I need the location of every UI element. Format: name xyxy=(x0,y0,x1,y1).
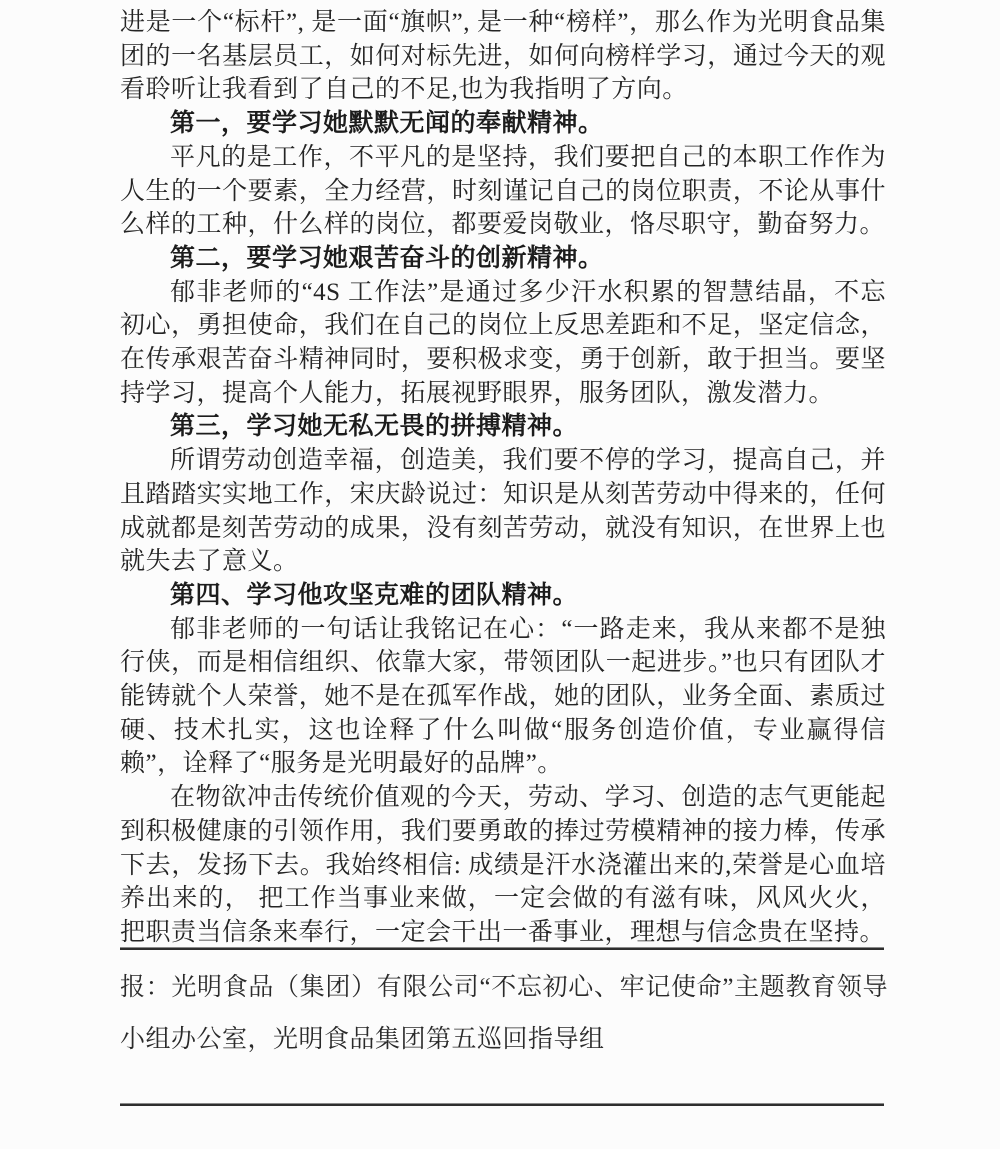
body-paragraph: 郁非老师的一句话让我铭记在心：“一路走来，我从来都不是独行侠，而是相信组织、依靠… xyxy=(120,613,886,782)
document-page: 进是一个“标杆”, 是一面“旗帜”, 是一种“榜样”，那么作为光明食品集团的一名… xyxy=(0,0,1000,1149)
body-paragraph: 在物欲冲击传统价值观的今天，劳动、学习、创造的志气更能起到积极健康的引领作用，我… xyxy=(120,781,886,950)
body-paragraph: 郁非老师的“4S 工作法”是通过多少汗水积累的智慧结晶，不忘初心，勇担使命，我们… xyxy=(120,276,886,411)
footer-cc-line: 报：光明食品（集团）有限公司“不忘初心、牢记使命”主题教育领导小组办公室，光明食… xyxy=(120,962,888,1066)
body-paragraph: 进是一个“标杆”, 是一面“旗帜”, 是一种“榜样”，那么作为光明食品集团的一名… xyxy=(120,6,886,107)
section-heading: 第四、学习他攻坚克难的团队精神。 xyxy=(120,579,886,613)
section-heading: 第二，要学习她艰苦奋斗的创新精神。 xyxy=(120,242,886,276)
document-body: 进是一个“标杆”, 是一面“旗帜”, 是一种“榜样”，那么作为光明食品集团的一名… xyxy=(120,6,886,950)
section-heading: 第一，要学习她默默无闻的奉献精神。 xyxy=(120,107,886,141)
footer-bottom-rule xyxy=(120,1103,884,1106)
body-paragraph: 平凡的是工作，不平凡的是坚持，我们要把自己的本职工作作为人生的一个要素，全力经营… xyxy=(120,141,886,242)
section-heading: 第三，学习她无私无畏的拼搏精神。 xyxy=(120,410,886,444)
footer-top-rule xyxy=(120,947,884,950)
body-paragraph: 所谓劳动创造幸福，创造美，我们要不停的学习，提高自己，并且踏踏实实地工作，宋庆龄… xyxy=(120,444,886,579)
